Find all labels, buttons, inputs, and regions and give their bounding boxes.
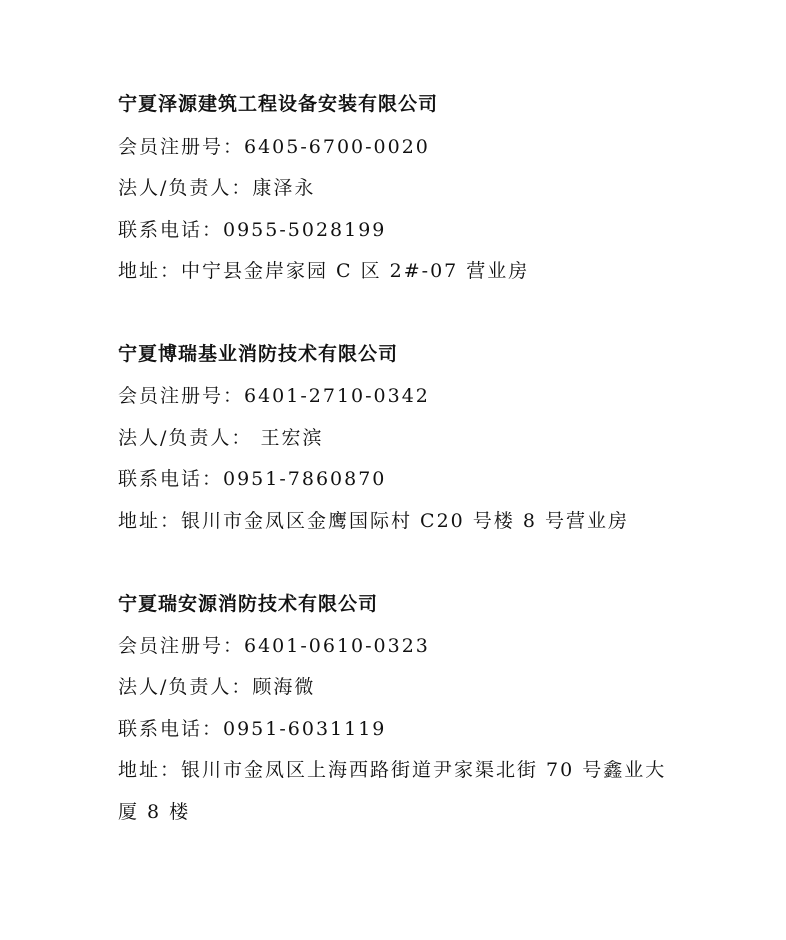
address: 地址：银川市金凤区上海西路街道尹家渠北街 70 号鑫业大 (118, 758, 666, 782)
legal-representative: 法人/负责人：康泽永 (118, 176, 315, 200)
phone-number: 联系电话：0951-6031119 (118, 717, 386, 741)
phone-number: 联系电话：0955-5028199 (118, 218, 386, 242)
member-number: 会员注册号：6401-2710-0342 (118, 384, 430, 408)
legal-representative: 法人/负责人：顾海微 (118, 675, 315, 699)
address-continuation: 厦 8 楼 (118, 800, 190, 824)
legal-representative: 法人/负责人： 王宏滨 (118, 426, 323, 450)
address: 地址：银川市金凤区金鹰国际村 C20 号楼 8 号营业房 (118, 509, 629, 533)
address: 地址：中宁县金岸家园 C 区 2#-07 营业房 (118, 259, 529, 283)
company-name: 宁夏瑞安源消防技术有限公司 (118, 592, 378, 616)
member-number: 会员注册号：6405-6700-0020 (118, 135, 430, 159)
member-number: 会员注册号：6401-0610-0323 (118, 634, 430, 658)
company-name: 宁夏泽源建筑工程设备安装有限公司 (118, 92, 438, 116)
company-name: 宁夏博瑞基业消防技术有限公司 (118, 342, 398, 366)
phone-number: 联系电话：0951-7860870 (118, 467, 386, 491)
